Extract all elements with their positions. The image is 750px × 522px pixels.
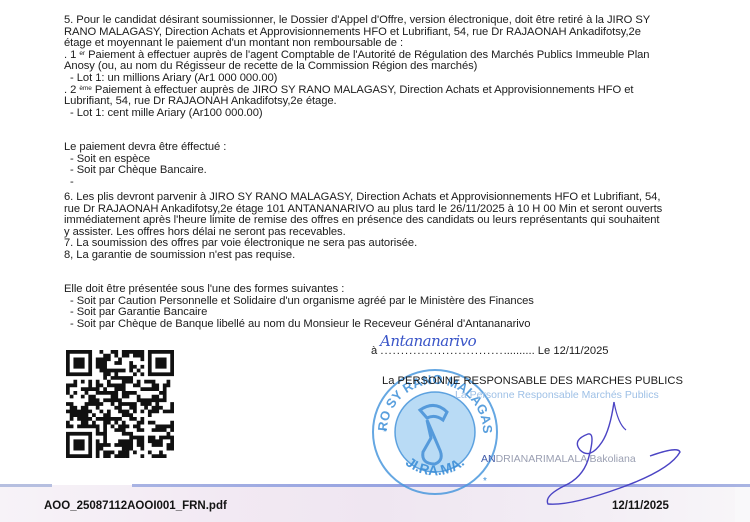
section-6: 6. Les plis devront parvenir à JIRO SY R… — [64, 192, 662, 262]
payment-methods: Le paiement devra être éffectué : - Soit… — [64, 142, 226, 188]
page-edge — [735, 487, 750, 522]
payment-option: - Soit par Chèque Bancaire. — [64, 165, 226, 177]
handwritten-place: Antananarivo — [380, 332, 476, 350]
guarantee-option: - Soit par Chèque de Banque libellé au n… — [64, 319, 534, 331]
payment-2-lot: - Lot 1: cent mille Ariary (Ar100 000.00… — [64, 108, 650, 120]
section-8: 8, La garantie de soumission n'est pas r… — [64, 250, 662, 262]
signature-date: Le 12/11/2025 — [535, 345, 609, 357]
place-prefix: à — [371, 345, 377, 357]
signatory-title: La PERSONNE RESPONSABLE DES MARCHES PUBL… — [382, 375, 683, 387]
handwritten-signature — [530, 400, 710, 510]
footer-filename: AOO_25087112AOOI001_FRN.pdf — [44, 500, 227, 512]
payment-1-text: Paiement à effectuer auprès de l'agent C… — [85, 49, 649, 61]
svg-text:*: * — [383, 427, 387, 438]
section-5-line-1: 5. Pour le candidat désirant soumissionn… — [64, 15, 650, 27]
signatory-name-lead: AN — [481, 453, 496, 465]
payment-methods-intro: Le paiement devra être éffectué : — [64, 142, 226, 154]
place-dots: .......... — [504, 345, 535, 357]
payment-2-text: Paiement à effectuer auprès de JIRO SY R… — [92, 84, 634, 96]
payment-1-prefix: . 1 — [64, 49, 76, 61]
payment-2-line-2: Lubrifiant, 54, rue Dr RAJAONAH Ankadifo… — [64, 96, 650, 108]
qr-code — [66, 350, 174, 458]
footer-rule — [0, 484, 52, 487]
section-5: 5. Pour le candidat désirant soumissionn… — [64, 15, 650, 119]
payment-2-prefix: . 2 — [64, 84, 76, 96]
payment-option: - — [64, 177, 226, 189]
payment-2-sup: ème — [79, 85, 92, 92]
document-page: 5. Pour le candidat désirant soumissionn… — [0, 0, 750, 522]
svg-text:*: * — [483, 476, 487, 487]
section-6-line-1: 6. Les plis devront parvenir à JIRO SY R… — [64, 192, 662, 204]
guarantee-intro: Elle doit être présentée sous l'une des … — [64, 284, 534, 296]
guarantee-forms: Elle doit être présentée sous l'une des … — [64, 284, 534, 330]
